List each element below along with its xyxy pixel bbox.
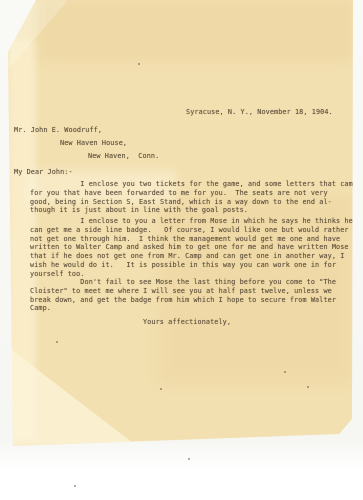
paper-speck	[284, 371, 286, 373]
body-paragraph-3: Don't fail to see Mose the last thing be…	[30, 278, 336, 313]
paper-shade-bottom-left	[8, 325, 138, 447]
salutation: My Dear John:-	[14, 168, 73, 177]
body-paragraph-1: I enclose you two tickets for the game, …	[30, 180, 357, 215]
paper-speck	[56, 341, 58, 343]
paper-speck	[138, 63, 140, 65]
paper-speck	[188, 458, 190, 460]
scanned-letter-page: Syracuse, N. Y., November 18, 1904. Mr. …	[0, 0, 363, 500]
paper-speck	[74, 485, 76, 487]
recipient-address-line: New Haven House,	[60, 139, 127, 148]
recipient-city-line: New Haven, Conn.	[88, 152, 159, 161]
closing-line: Yours affectionately,	[143, 318, 231, 327]
dateline: Syracuse, N. Y., November 18, 1904.	[186, 108, 333, 117]
paper-speck	[307, 386, 309, 388]
paper-shade-top-band	[38, 0, 353, 62]
paper-speck	[160, 388, 162, 390]
recipient-name: Mr. John E. Woodruff,	[14, 126, 102, 135]
paper-shade-top-left	[8, 0, 68, 70]
body-paragraph-2: I enclose to you a letter from Mose in w…	[30, 217, 353, 279]
letter-paper: Syracuse, N. Y., November 18, 1904. Mr. …	[8, 0, 353, 447]
